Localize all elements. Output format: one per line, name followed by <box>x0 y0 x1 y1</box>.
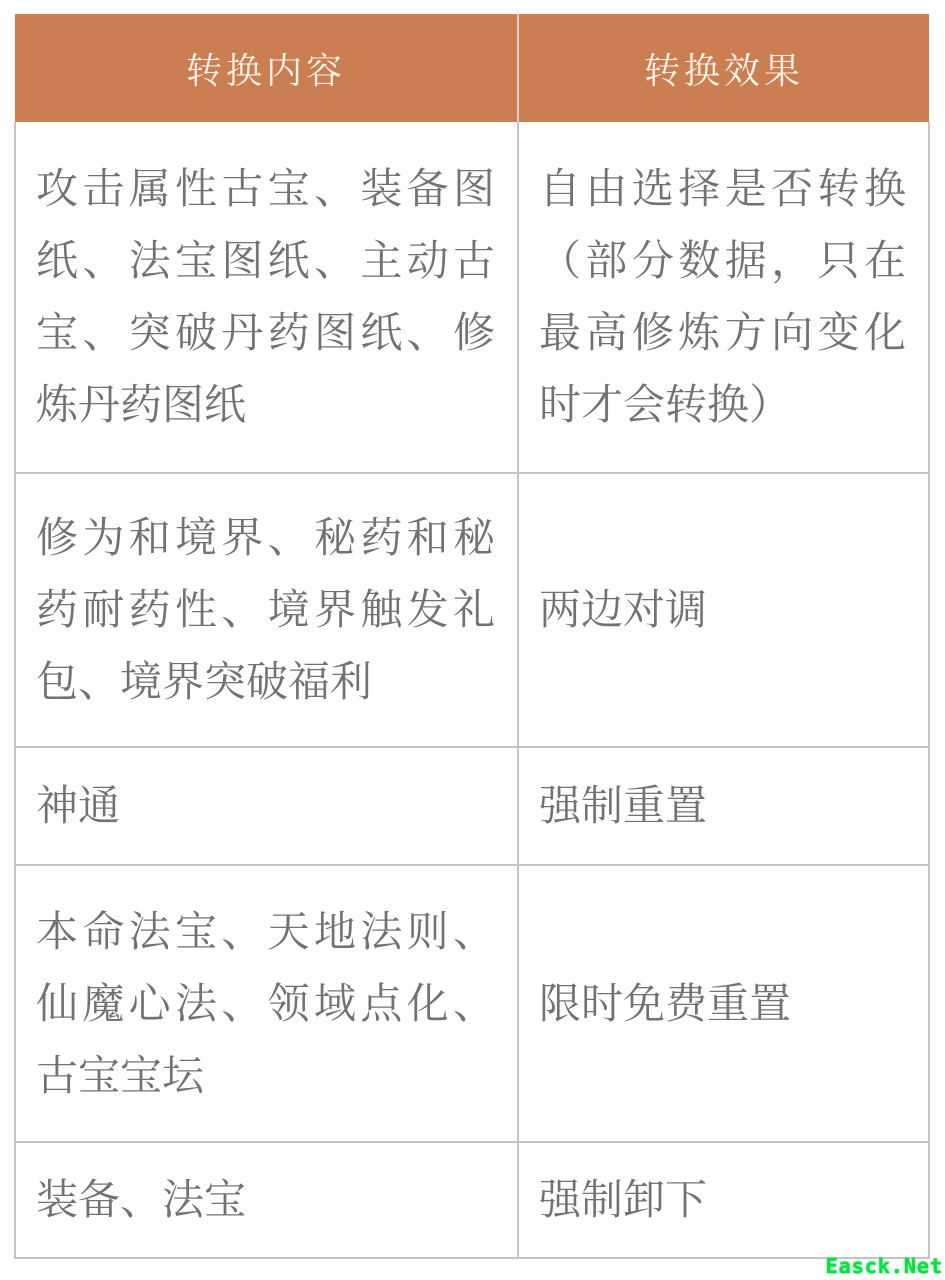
conversion-table: 转换内容 转换效果 攻击属性古宝、装备图纸、法宝图纸、主动古宝、突破丹药图纸、修… <box>14 14 930 1259</box>
table-row: 修为和境界、秘药和秘药耐药性、境界触发礼包、境界突破福利 两边对调 <box>15 473 929 747</box>
table-row: 本命法宝、天地法则、仙魔心法、领域点化、古宝宝坛 限时免费重置 <box>15 865 929 1142</box>
header-row: 转换内容 转换效果 <box>15 14 929 122</box>
cell-conversion-content: 神通 <box>15 747 518 865</box>
table-row: 神通 强制重置 <box>15 747 929 865</box>
cell-conversion-effect: 强制重置 <box>518 747 929 865</box>
cell-conversion-effect: 限时免费重置 <box>518 865 929 1142</box>
cell-conversion-content: 本命法宝、天地法则、仙魔心法、领域点化、古宝宝坛 <box>15 865 518 1142</box>
cell-conversion-effect: 强制卸下 <box>518 1142 929 1258</box>
cell-conversion-effect: 两边对调 <box>518 473 929 747</box>
header-cell-conversion-content: 转换内容 <box>15 14 518 122</box>
cell-conversion-content: 修为和境界、秘药和秘药耐药性、境界触发礼包、境界突破福利 <box>15 473 518 747</box>
table-row: 攻击属性古宝、装备图纸、法宝图纸、主动古宝、突破丹药图纸、修炼丹药图纸 自由选择… <box>15 122 929 473</box>
cell-conversion-content: 攻击属性古宝、装备图纸、法宝图纸、主动古宝、突破丹药图纸、修炼丹药图纸 <box>15 122 518 473</box>
table-row: 装备、法宝 强制卸下 <box>15 1142 929 1258</box>
cell-conversion-content: 装备、法宝 <box>15 1142 518 1258</box>
header-cell-conversion-effect: 转换效果 <box>518 14 929 122</box>
cell-conversion-effect: 自由选择是否转换（部分数据，只在最高修炼方向变化时才会转换） <box>518 122 929 473</box>
site-watermark: Easck.Net <box>826 1254 943 1278</box>
